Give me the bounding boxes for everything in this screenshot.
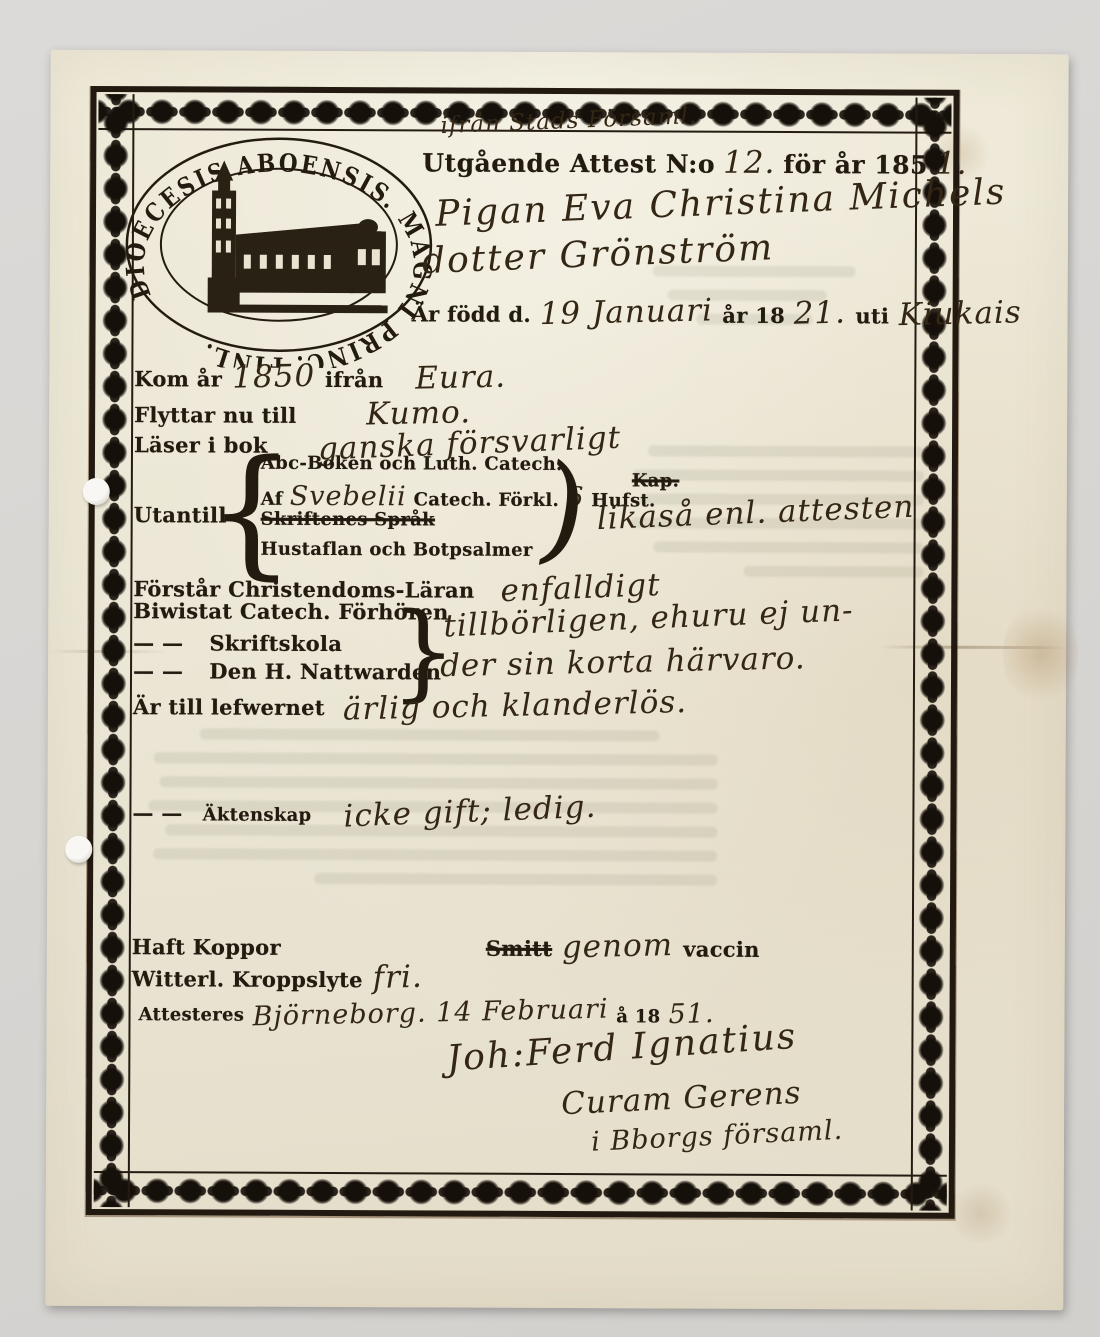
kom-label: Kom år	[134, 366, 222, 391]
aktenskap-label: Äktenskap	[203, 804, 312, 825]
born-in-label: uti	[855, 303, 889, 328]
nattwarden-dashes: — —	[133, 658, 183, 683]
lefwernet-value: ärlig och klanderlös.	[342, 684, 687, 727]
attest-place-date: Björneborg. 14 Februari	[252, 994, 609, 1033]
age-stain	[1003, 599, 1078, 709]
diocese-seal: DIOECESIS ABOENSIS. MAGNI PRINC. FINL.	[111, 122, 447, 368]
kroppslyte-value: fri.	[372, 959, 423, 996]
utantill-line3-struck: Skriftenes Språk	[261, 509, 435, 531]
born-year-label: år 18	[722, 303, 785, 328]
punch-hole	[83, 478, 110, 505]
birth-date: 19 Januari	[540, 292, 714, 332]
utantill-line2-pre: Af	[261, 489, 283, 510]
birth-place: Kiukais	[898, 294, 1022, 333]
aktenskap-dashes: — —	[132, 800, 182, 825]
skriftskola-label: Skriftskola	[209, 630, 342, 656]
kom-from-value: Eura.	[415, 359, 507, 397]
utantill-line1: Abc-Boken och Luth. Catech.	[261, 453, 563, 475]
skriftskola-dashes: — —	[133, 630, 183, 655]
aktenskap-value: icke gift; ledig.	[343, 789, 597, 835]
utantill-line4: Hustaflan och Botpsalmer	[261, 539, 533, 561]
kom-from-label: ifrån	[325, 367, 384, 392]
attesteres-label: Attesteres	[138, 1004, 244, 1025]
utantill-line2-hw1: Svebelii	[290, 481, 407, 513]
punch-hole	[65, 836, 92, 863]
vaccin-label: vaccin	[683, 937, 760, 962]
smitt-struck: Smitt	[486, 936, 552, 961]
utantill-line2-mid: Catech. Förkl.	[414, 489, 559, 511]
lefwernet-label: Är till lefwernet	[133, 694, 325, 720]
kroppslyte-label: Witterl. Kroppslyte	[132, 966, 363, 992]
kap-struck: Kap.	[632, 470, 679, 491]
attest-number: 12.	[723, 145, 775, 181]
koppor-value: genom	[562, 927, 674, 965]
birth-year: 21.	[794, 295, 847, 332]
attest-label: Utgående Attest N:o	[422, 148, 715, 178]
koppor-label: Haft Koppor	[132, 934, 281, 960]
born-label: Är född d.	[412, 301, 531, 327]
certificate-sheet: DIOECESIS ABOENSIS. MAGNI PRINC. FINL. i…	[45, 50, 1068, 1310]
kom-year-value: 1850	[232, 358, 316, 396]
photo-of-document: { "colors": { "photo_background": "#d8d6…	[0, 0, 1100, 1337]
rosette-band-right	[911, 98, 952, 1211]
rosette-band-bottom	[94, 1171, 947, 1211]
age-stain	[946, 1184, 1016, 1244]
